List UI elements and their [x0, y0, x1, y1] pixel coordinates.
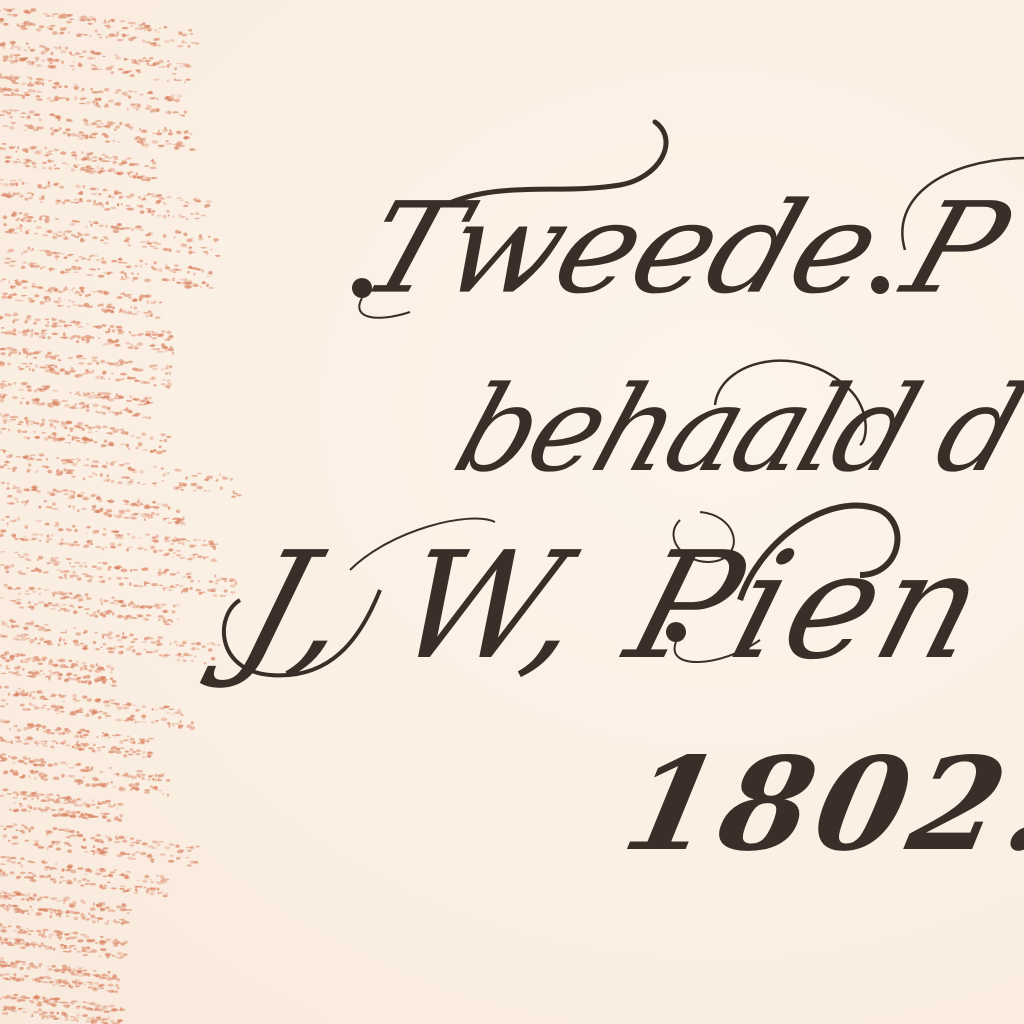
manuscript-line-3-name: J, W, Pien: [222, 520, 1006, 692]
red-chalk-hatching: [0, 0, 300, 1024]
manuscript-line-4-year: 1802.: [612, 730, 1024, 880]
manuscript-line-2: behaald d: [440, 360, 1024, 498]
manuscript-line-1: Tweede P: [345, 176, 1022, 322]
